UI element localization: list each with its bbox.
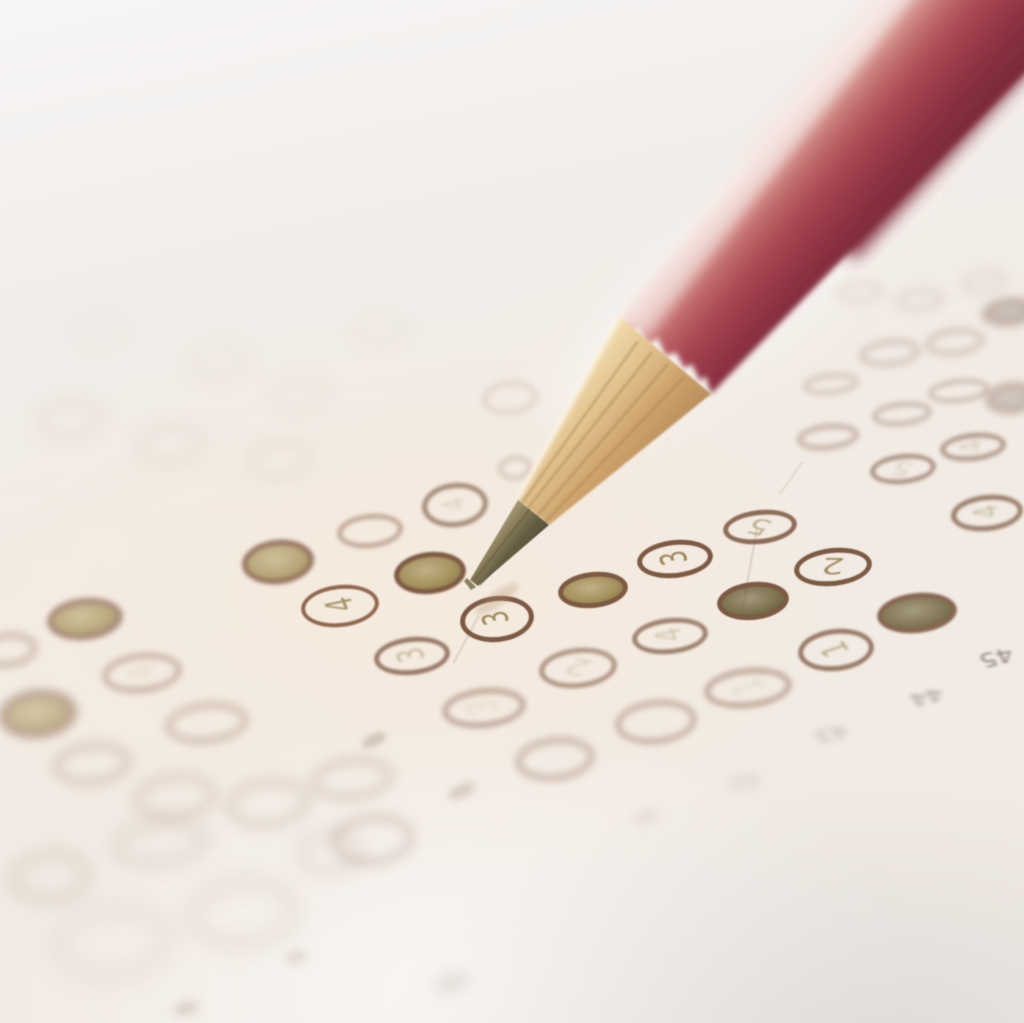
pencil bbox=[0, 0, 1024, 1023]
answer-sheet-photo: 4433352144213454 45444342 bbox=[0, 0, 1024, 1023]
